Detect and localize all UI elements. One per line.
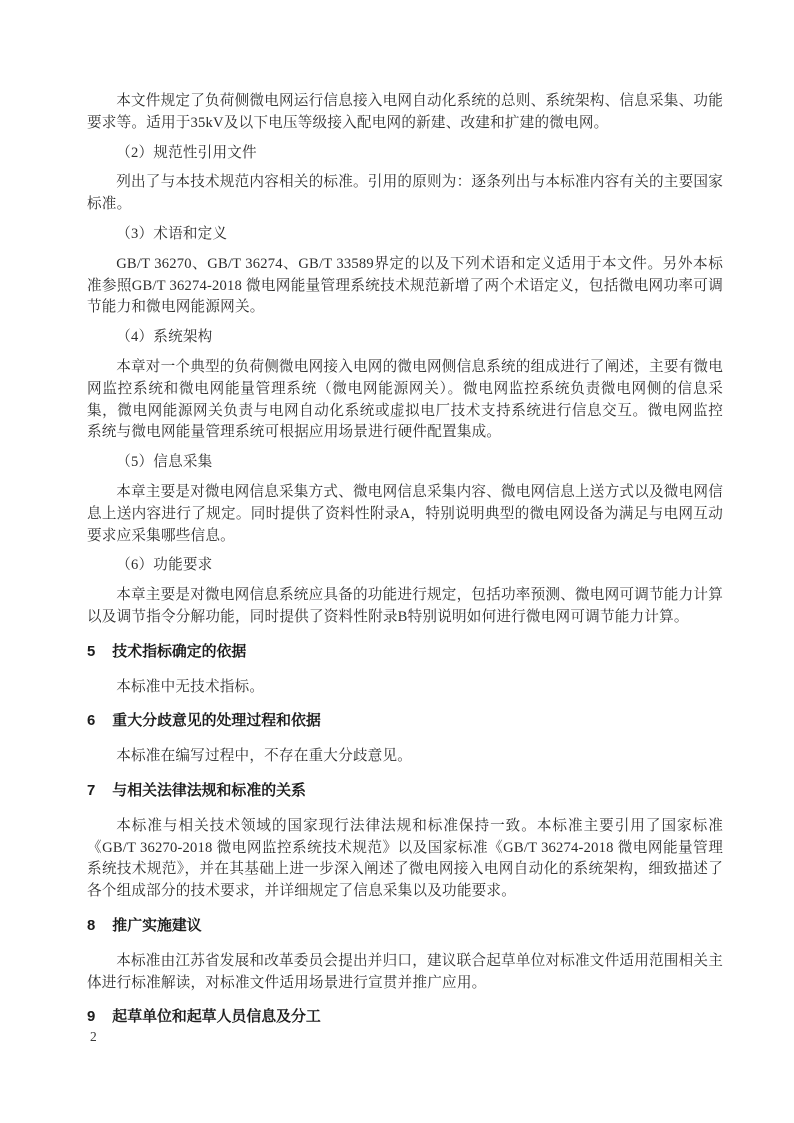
body-paragraph: 本章对一个典型的负荷侧微电网接入电网的微电网侧信息系统的组成进行了阐述，主要有微… xyxy=(87,357,723,444)
section-heading: 8推广实施建议 xyxy=(87,916,723,938)
clause-item-heading: （5）信息采集 xyxy=(87,452,723,474)
body-paragraph: 本章主要是对微电网信息采集方式、微电网信息采集内容、微电网信息上送方式以及微电网… xyxy=(87,482,723,547)
page-number: 2 xyxy=(90,1028,97,1046)
clause-item-heading: （2）规范性引用文件 xyxy=(87,143,723,165)
body-paragraph: 本标准由江苏省发展和改革委员会提出并归口，建议联合起草单位对标准文件适用范围相关… xyxy=(87,951,723,995)
body-paragraph: 列出了与本技术规范内容相关的标准。引用的原则为：逐条列出与本标准内容有关的主要国… xyxy=(87,172,723,216)
section-heading: 5技术指标确定的依据 xyxy=(87,642,723,664)
section-title: 技术指标确定的依据 xyxy=(112,642,246,664)
clause-item-heading: （6）功能要求 xyxy=(87,555,723,577)
clause-item-heading: （4）系统架构 xyxy=(87,327,723,349)
section-title: 与相关法律法规和标准的关系 xyxy=(112,781,306,803)
section-title: 起草单位和起草人员信息及分工 xyxy=(112,1007,320,1029)
section-heading: 9起草单位和起草人员信息及分工 xyxy=(87,1007,723,1029)
document-body: 本文件规定了负荷侧微电网运行信息接入电网自动化系统的总则、系统架构、信息采集、功… xyxy=(87,91,723,1042)
section-title: 重大分歧意见的处理过程和依据 xyxy=(112,711,320,733)
body-paragraph: 本标准中无技术指标。 xyxy=(87,677,723,699)
body-paragraph: 本标准在编写过程中，不存在重大分歧意见。 xyxy=(87,746,723,768)
body-paragraph: GB/T 36270、GB/T 36274、GB/T 33589界定的以及下列术… xyxy=(87,254,723,319)
body-paragraph: 本标准与相关技术领域的国家现行法律法规和标准保持一致。本标准主要引用了国家标准《… xyxy=(87,816,723,903)
body-paragraph: 本章主要是对微电网信息系统应具备的功能进行规定，包括功率预测、微电网可调节能力计… xyxy=(87,585,723,629)
section-number: 6 xyxy=(87,711,95,733)
body-paragraph: 本文件规定了负荷侧微电网运行信息接入电网自动化系统的总则、系统架构、信息采集、功… xyxy=(87,91,723,135)
section-heading: 7与相关法律法规和标准的关系 xyxy=(87,781,723,803)
section-number: 5 xyxy=(87,642,95,664)
section-number: 8 xyxy=(87,916,95,938)
section-number: 9 xyxy=(87,1007,95,1029)
section-number: 7 xyxy=(87,781,95,803)
section-heading: 6重大分歧意见的处理过程和依据 xyxy=(87,711,723,733)
document-page: 本文件规定了负荷侧微电网运行信息接入电网自动化系统的总则、系统架构、信息采集、功… xyxy=(0,0,794,1123)
section-title: 推广实施建议 xyxy=(112,916,201,938)
clause-item-heading: （3）术语和定义 xyxy=(87,224,723,246)
